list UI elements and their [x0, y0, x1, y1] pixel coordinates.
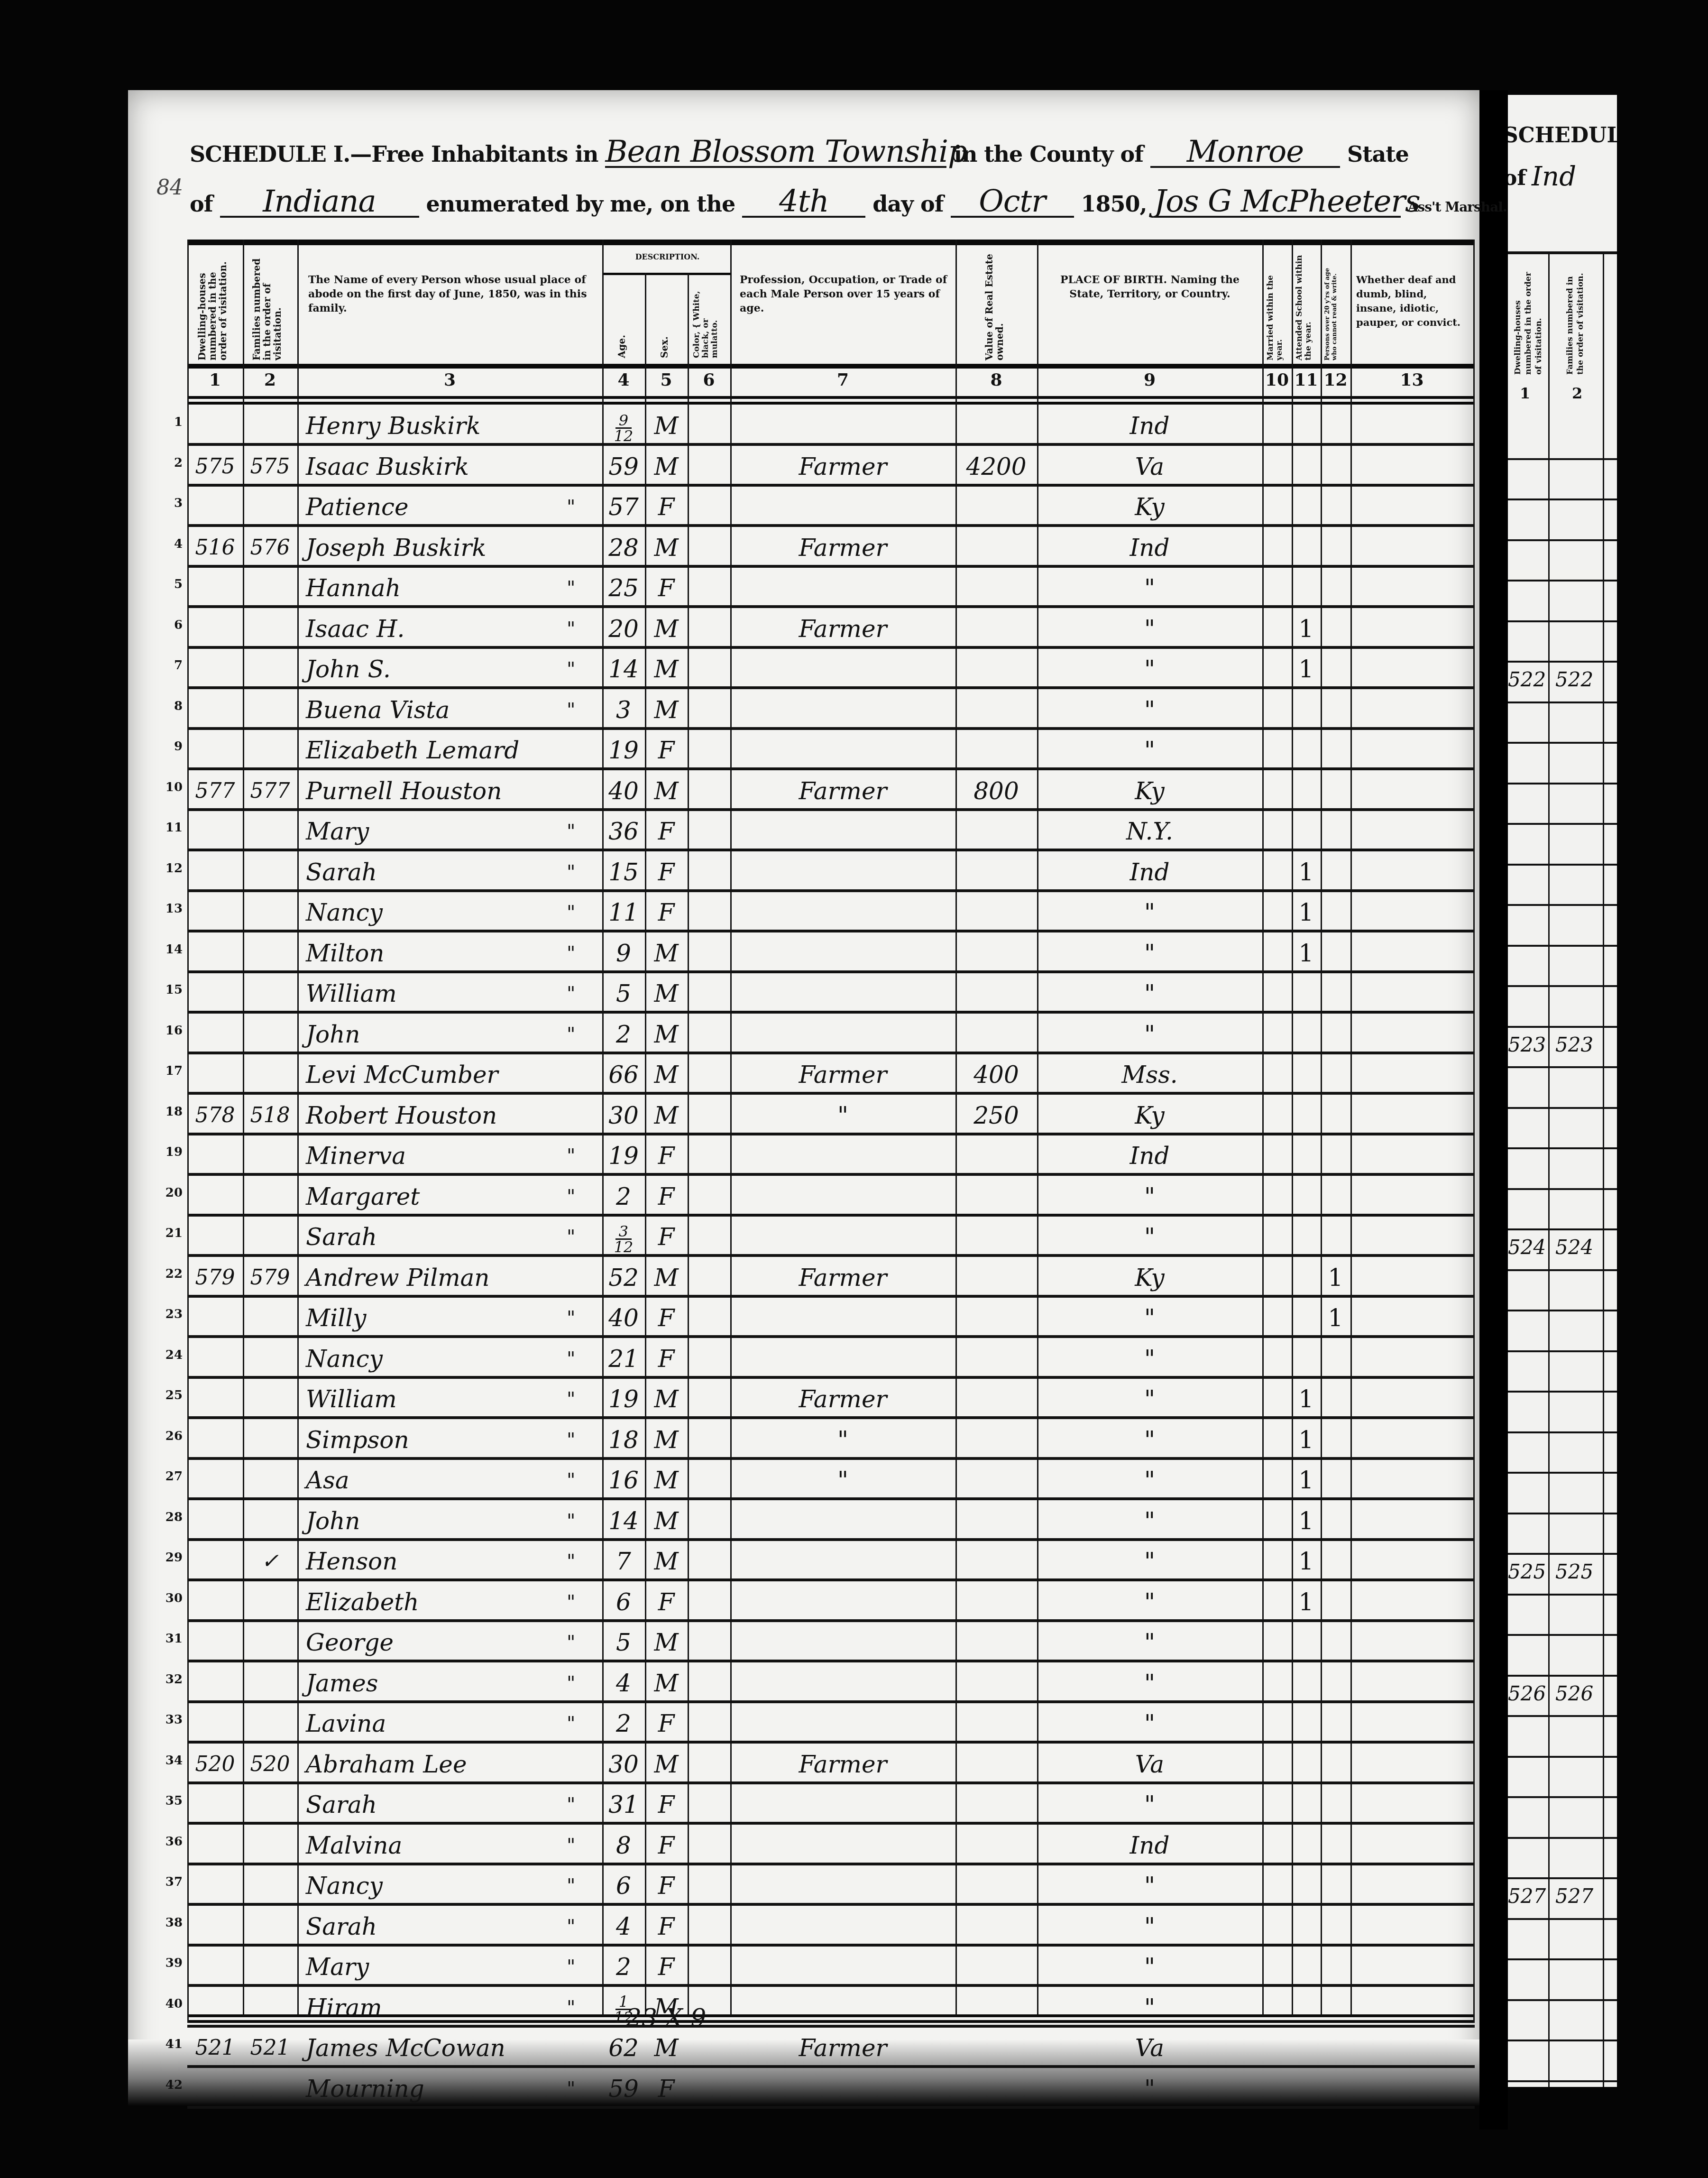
day-of-label: day of — [872, 191, 943, 217]
attended-school-mark: 1 — [1292, 856, 1321, 889]
line-number: 42 — [164, 2078, 183, 2092]
age: 3 — [602, 693, 645, 727]
census-row: 29✓Henson"7M"1 — [187, 1541, 1475, 1581]
real-estate-value — [955, 1464, 1037, 1497]
person-name: Mary — [306, 815, 571, 848]
line-number: 16 — [164, 1024, 183, 1038]
surname-ditto: " — [567, 1423, 586, 1457]
line-number: 18 — [164, 1105, 183, 1119]
attended-school-mark — [1292, 1058, 1321, 1091]
census-row: 33Lavina"2F" — [187, 1703, 1475, 1744]
dwelling-number: 520 — [187, 1748, 243, 1781]
row-rule — [187, 767, 1475, 770]
line-number: 3 — [164, 496, 183, 510]
line-number: 35 — [164, 1794, 183, 1808]
sex: M — [645, 1383, 688, 1416]
attended-school-mark — [1292, 409, 1321, 443]
line-number: 2 — [164, 456, 183, 470]
occupation — [730, 1545, 955, 1578]
family-number — [243, 977, 297, 1010]
dwelling-number — [187, 1910, 243, 1943]
col-num: 13 — [1350, 370, 1473, 390]
census-row: 9Elizabeth Lemard19F" — [187, 730, 1475, 770]
dwelling-number — [187, 1869, 243, 1902]
cannot-read-mark — [1321, 1626, 1350, 1659]
person-name: Nancy — [306, 896, 571, 929]
age: 59 — [602, 2072, 645, 2105]
attended-school-mark: 1 — [1292, 1423, 1321, 1457]
sex: F — [645, 1950, 688, 1984]
adjacent-row-rule — [1508, 1958, 1617, 1960]
attended-school-mark — [1292, 1707, 1321, 1740]
of-label: of — [190, 191, 212, 217]
family-number — [243, 1910, 297, 1943]
surname-ditto: " — [567, 490, 586, 524]
birthplace: " — [1037, 1545, 1262, 1578]
age: 19 — [602, 1139, 645, 1172]
row-rule — [187, 1335, 1475, 1338]
dwelling-number — [187, 409, 243, 443]
surname-ditto: " — [567, 1829, 586, 1862]
occupation — [730, 1139, 955, 1172]
real-estate-value — [955, 1586, 1037, 1619]
adjacent-row-rule — [1508, 945, 1617, 947]
sex: M — [645, 1261, 688, 1294]
birthplace: " — [1037, 1342, 1262, 1375]
census-row: 17Levi McCumber66MFarmer400Mss. — [187, 1054, 1475, 1095]
enumerated-label: enumerated by me, on the — [426, 191, 735, 217]
real-estate-value — [955, 1910, 1037, 1943]
cannot-read-mark — [1321, 1180, 1350, 1213]
real-estate-value — [955, 815, 1037, 848]
occupation — [730, 1342, 955, 1375]
occupation: Farmer — [730, 2031, 955, 2065]
birthplace: " — [1037, 1464, 1262, 1497]
family-number — [243, 1301, 297, 1335]
adjacent-dwelling-number: 524 — [1508, 1236, 1546, 1259]
occupation: " — [730, 1423, 955, 1457]
person-name: Malvina — [306, 1829, 571, 1862]
cannot-read-mark — [1321, 572, 1350, 605]
birthplace: " — [1037, 1504, 1262, 1538]
age: 7 — [602, 1545, 645, 1578]
family-number: 579 — [243, 1261, 297, 1294]
person-name: Sarah — [306, 1220, 571, 1254]
attended-school-mark: 1 — [1292, 1464, 1321, 1497]
person-name: William — [306, 1383, 571, 1416]
adjacent-row-rule — [1508, 1350, 1617, 1352]
real-estate-value: 250 — [955, 1099, 1037, 1132]
cannot-read-mark — [1321, 1950, 1350, 1984]
age: 66 — [602, 1058, 645, 1091]
census-row: 42Mourning"59F" — [187, 2068, 1475, 2109]
cannot-read-mark — [1321, 1991, 1350, 2024]
person-name: Minerva — [306, 1139, 571, 1172]
adjacent-row-rule — [1508, 1594, 1617, 1596]
cannot-read-mark — [1321, 450, 1350, 483]
census-row: 37Nancy"6F" — [187, 1865, 1475, 1906]
dwelling-number — [187, 1220, 243, 1254]
attended-school-mark — [1292, 572, 1321, 605]
occupation: Farmer — [730, 531, 955, 564]
cannot-read-mark — [1321, 896, 1350, 929]
family-number — [243, 1139, 297, 1172]
adjacent-family-number: 524 — [1555, 1236, 1593, 1259]
person-name: Mourning — [306, 2072, 571, 2105]
age: 18 — [602, 1423, 645, 1457]
family-number — [243, 1220, 297, 1254]
sex: F — [645, 1139, 688, 1172]
attended-school-mark — [1292, 1301, 1321, 1335]
attended-school-mark — [1292, 1139, 1321, 1172]
sex: M — [645, 450, 688, 483]
line-number: 27 — [164, 1469, 183, 1484]
sex: M — [645, 1099, 688, 1132]
surname-ditto: " — [567, 1464, 586, 1497]
header-bottom-rule — [187, 364, 1475, 369]
row-rule — [187, 2106, 1475, 2109]
real-estate-value — [955, 1545, 1037, 1578]
family-number: 577 — [243, 775, 297, 808]
dwelling-number: 579 — [187, 1261, 243, 1294]
cannot-read-mark — [1321, 1707, 1350, 1740]
sex: F — [645, 896, 688, 929]
real-estate-value — [955, 531, 1037, 564]
adjacent-state: Ind — [1532, 161, 1576, 192]
adjacent-row-rule — [1508, 1431, 1617, 1433]
family-number — [243, 1423, 297, 1457]
occupation — [730, 734, 955, 767]
census-row: 18578518Robert Houston30M"250Ky — [187, 1095, 1475, 1135]
line-number: 12 — [164, 861, 183, 876]
adjacent-family-number: 525 — [1555, 1560, 1593, 1583]
surname-ditto: " — [567, 693, 586, 727]
census-row: 3Patience"57FKy — [187, 487, 1475, 527]
attended-school-mark — [1292, 531, 1321, 564]
col-num: 6 — [688, 370, 730, 390]
header-line-2: of Indiana enumerated by me, on the 4th … — [190, 187, 1507, 218]
birthplace: Ky — [1037, 1099, 1262, 1132]
surname-ditto: " — [567, 1180, 586, 1213]
person-name: Isaac Buskirk — [306, 450, 571, 483]
person-name: Asa — [306, 1464, 571, 1497]
row-rule — [187, 524, 1475, 527]
birthplace: " — [1037, 734, 1262, 767]
occupation — [730, 896, 955, 929]
census-row: 25William"19MFarmer"1 — [187, 1379, 1475, 1419]
adjacent-schedule-title: SCHEDUL — [1508, 123, 1617, 148]
marshal-label: Ass't Marshal. — [1408, 199, 1507, 215]
surname-ditto: " — [567, 1869, 586, 1902]
sex: F — [645, 1586, 688, 1619]
age: 62 — [602, 2031, 645, 2065]
census-row: 1Henry Buskirk912MInd — [187, 406, 1475, 446]
sex: M — [645, 1545, 688, 1578]
sex: F — [645, 1869, 688, 1902]
birthplace: Ind — [1037, 1139, 1262, 1172]
cannot-read-mark — [1321, 1383, 1350, 1416]
birthplace: N.Y. — [1037, 815, 1262, 848]
family-number — [243, 856, 297, 889]
occupation — [730, 937, 955, 970]
family-number — [243, 572, 297, 605]
dwelling-number — [187, 572, 243, 605]
age: 59 — [602, 450, 645, 483]
adjacent-row-rule — [1508, 1553, 1617, 1555]
family-number: 575 — [243, 450, 297, 483]
age: 8 — [602, 1829, 645, 1862]
row-rule — [187, 1457, 1475, 1460]
row-rule — [187, 1416, 1475, 1419]
dwelling-number — [187, 1018, 243, 1051]
surname-ditto: " — [567, 2072, 586, 2105]
dwelling-number — [187, 693, 243, 727]
census-row: 41521521James McCowan62MFarmerVa — [187, 2028, 1475, 2068]
col-header-sex: Sex. — [659, 325, 673, 358]
adjacent-dwelling-number: 523 — [1508, 1033, 1546, 1056]
line-number: 14 — [164, 942, 183, 957]
row-rule — [187, 889, 1475, 892]
census-row: 34520520Abraham Lee30MFarmerVa — [187, 1744, 1475, 1784]
family-number — [243, 1180, 297, 1213]
cannot-read-mark — [1321, 490, 1350, 524]
cannot-read-mark — [1321, 1423, 1350, 1457]
real-estate-value: 800 — [955, 775, 1037, 808]
day-field: 4th — [742, 187, 865, 218]
occupation — [730, 1301, 955, 1335]
census-row: 2575575Isaac Buskirk59MFarmer4200Va — [187, 446, 1475, 487]
occupation — [730, 977, 955, 1010]
dwelling-number — [187, 977, 243, 1010]
family-number — [243, 734, 297, 767]
adjacent-col-rule — [1548, 251, 1550, 2087]
census-row: 27Asa"16M""1 — [187, 1460, 1475, 1500]
colnum-bottom-rule-1 — [187, 396, 1475, 399]
row-rule — [187, 1903, 1475, 1906]
attended-school-mark — [1292, 977, 1321, 1010]
cannot-read-mark — [1321, 734, 1350, 767]
birthplace: Ky — [1037, 1261, 1262, 1294]
adjacent-row-rule — [1508, 539, 1617, 541]
row-rule — [187, 849, 1475, 851]
row-rule — [187, 484, 1475, 487]
attended-school-mark — [1292, 450, 1321, 483]
sex: M — [645, 1504, 688, 1538]
col-header-cannot-read: Persons over 20 y'rs of age who cannot r… — [1324, 254, 1349, 360]
row-rule — [187, 1254, 1475, 1257]
attended-school-mark — [1292, 1991, 1321, 2024]
birthplace: Va — [1037, 450, 1262, 483]
row-rule — [187, 1781, 1475, 1784]
surname-ditto — [567, 1748, 586, 1781]
birthplace: " — [1037, 1910, 1262, 1943]
surname-ditto: " — [567, 1545, 586, 1578]
cannot-read-mark — [1321, 977, 1350, 1010]
surname-ditto — [567, 409, 586, 443]
dwelling-number — [187, 1667, 243, 1700]
sex: F — [645, 572, 688, 605]
occupation — [730, 1626, 955, 1659]
attended-school-mark — [1292, 1829, 1321, 1862]
col-header-name: The Name of every Person whose usual pla… — [308, 273, 593, 315]
row-rule — [187, 930, 1475, 932]
age-denominator: 12 — [614, 1240, 634, 1254]
occupation — [730, 653, 955, 686]
surname-ditto: " — [567, 1342, 586, 1375]
sex: F — [645, 490, 688, 524]
sex: M — [645, 775, 688, 808]
family-number — [243, 1058, 297, 1091]
adjacent-family-number: 523 — [1555, 1033, 1593, 1056]
line-number: 1 — [164, 415, 183, 429]
attended-school-mark — [1292, 1869, 1321, 1902]
surname-ditto: " — [567, 1018, 586, 1051]
row-rule — [187, 1700, 1475, 1703]
cannot-read-mark — [1321, 937, 1350, 970]
real-estate-value — [955, 409, 1037, 443]
dwelling-number — [187, 734, 243, 767]
dwelling-number: 516 — [187, 531, 243, 564]
surname-ditto: " — [567, 1220, 586, 1254]
family-number — [243, 653, 297, 686]
surname-ditto: " — [567, 1139, 586, 1172]
age: 4 — [602, 1910, 645, 1943]
surname-ditto — [567, 775, 586, 808]
line-number: 7 — [164, 658, 183, 673]
birthplace: " — [1037, 1667, 1262, 1700]
real-estate-value — [955, 693, 1037, 727]
line-number: 36 — [164, 1835, 183, 1849]
occupation — [730, 572, 955, 605]
cannot-read-mark — [1321, 1342, 1350, 1375]
adjacent-row-rule — [1508, 580, 1617, 581]
col-num: 9 — [1037, 370, 1262, 390]
row-rule — [187, 1295, 1475, 1298]
line-number: 21 — [164, 1226, 183, 1240]
age: 16 — [602, 1464, 645, 1497]
person-name: Mary — [306, 1950, 571, 1984]
occupation — [730, 1667, 955, 1700]
cannot-read-mark — [1321, 1545, 1350, 1578]
age: 52 — [602, 1261, 645, 1294]
age: 15 — [602, 856, 645, 889]
cannot-read-mark: 1 — [1321, 1301, 1350, 1335]
attended-school-mark — [1292, 1950, 1321, 1984]
real-estate-value — [955, 1018, 1037, 1051]
col-header-married: Married within the year. — [1266, 254, 1290, 360]
sex: M — [645, 937, 688, 970]
dwelling-number — [187, 1991, 243, 2024]
occupation — [730, 1991, 955, 2024]
cannot-read-mark — [1321, 1018, 1350, 1051]
occupation — [730, 409, 955, 443]
cannot-read-mark — [1321, 409, 1350, 443]
dwelling-number — [187, 1423, 243, 1457]
dwelling-number — [187, 612, 243, 646]
person-name: Elizabeth — [306, 1586, 571, 1619]
person-name: Milton — [306, 937, 571, 970]
adjacent-dwelling-number: 525 — [1508, 1560, 1546, 1583]
row-rule — [187, 1984, 1475, 1987]
census-row: 23Milly"40F"1 — [187, 1298, 1475, 1338]
cannot-read-mark — [1321, 775, 1350, 808]
adjacent-row-rule — [1508, 1269, 1617, 1271]
real-estate-value — [955, 856, 1037, 889]
county-label: in the County of — [954, 141, 1143, 167]
row-rule — [187, 443, 1475, 446]
person-name: Sarah — [306, 856, 571, 889]
cannot-read-mark — [1321, 1464, 1350, 1497]
birthplace: " — [1037, 1950, 1262, 1984]
age: 28 — [602, 531, 645, 564]
dwelling-number — [187, 1180, 243, 1213]
adjacent-row-rule — [1508, 1147, 1617, 1149]
family-number — [243, 1869, 297, 1902]
sex: F — [645, 1707, 688, 1740]
adjacent-row-rule — [1508, 1026, 1617, 1028]
adjacent-row-rule — [1508, 742, 1617, 744]
cannot-read-mark — [1321, 2072, 1350, 2105]
birthplace: " — [1037, 693, 1262, 727]
census-row: 12Sarah"15FInd1 — [187, 852, 1475, 892]
birthplace: " — [1037, 1707, 1262, 1740]
attended-school-mark: 1 — [1292, 1383, 1321, 1416]
census-row: 35Sarah"31F" — [187, 1784, 1475, 1825]
dwelling-number — [187, 1707, 243, 1740]
occupation: Farmer — [730, 450, 955, 483]
adjacent-row-rule — [1508, 1837, 1617, 1839]
row-rule — [187, 1863, 1475, 1865]
row-rule — [187, 1173, 1475, 1176]
cannot-read-mark — [1321, 856, 1350, 889]
real-estate-value — [955, 1950, 1037, 1984]
cannot-read-mark — [1321, 1504, 1350, 1538]
real-estate-value — [955, 1869, 1037, 1902]
age: 30 — [602, 1748, 645, 1781]
line-number: 22 — [164, 1267, 183, 1281]
adjacent-row-rule — [1508, 661, 1617, 663]
attended-school-mark: 1 — [1292, 653, 1321, 686]
person-name: Andrew Pilman — [306, 1261, 571, 1294]
family-number: 576 — [243, 531, 297, 564]
col-header-real-estate: Value of Real Estate owned. — [984, 254, 1012, 360]
dwelling-number: 577 — [187, 775, 243, 808]
family-number: 518 — [243, 1099, 297, 1132]
occupation: Farmer — [730, 1383, 955, 1416]
dwelling-number — [187, 815, 243, 848]
attended-school-mark — [1292, 815, 1321, 848]
surname-ditto: " — [567, 1707, 586, 1740]
real-estate-value — [955, 1301, 1037, 1335]
real-estate-value — [955, 1180, 1037, 1213]
dwelling-number — [187, 653, 243, 686]
age: 312 — [602, 1220, 645, 1254]
census-row: 38Sarah"4F" — [187, 1906, 1475, 1947]
surname-ditto: " — [567, 896, 586, 929]
attended-school-mark — [1292, 490, 1321, 524]
adjacent-row-rule — [1508, 1999, 1617, 2001]
census-row: 19Minerva"19FInd — [187, 1135, 1475, 1176]
family-number — [243, 896, 297, 929]
age: 6 — [602, 1869, 645, 1902]
person-name: Purnell Houston — [306, 775, 571, 808]
surname-ditto: " — [567, 1504, 586, 1538]
family-number — [243, 1626, 297, 1659]
row-rule — [187, 2025, 1475, 2028]
family-number — [243, 1586, 297, 1619]
family-number: 520 — [243, 1748, 297, 1781]
adjacent-col-rule — [1603, 251, 1604, 2087]
